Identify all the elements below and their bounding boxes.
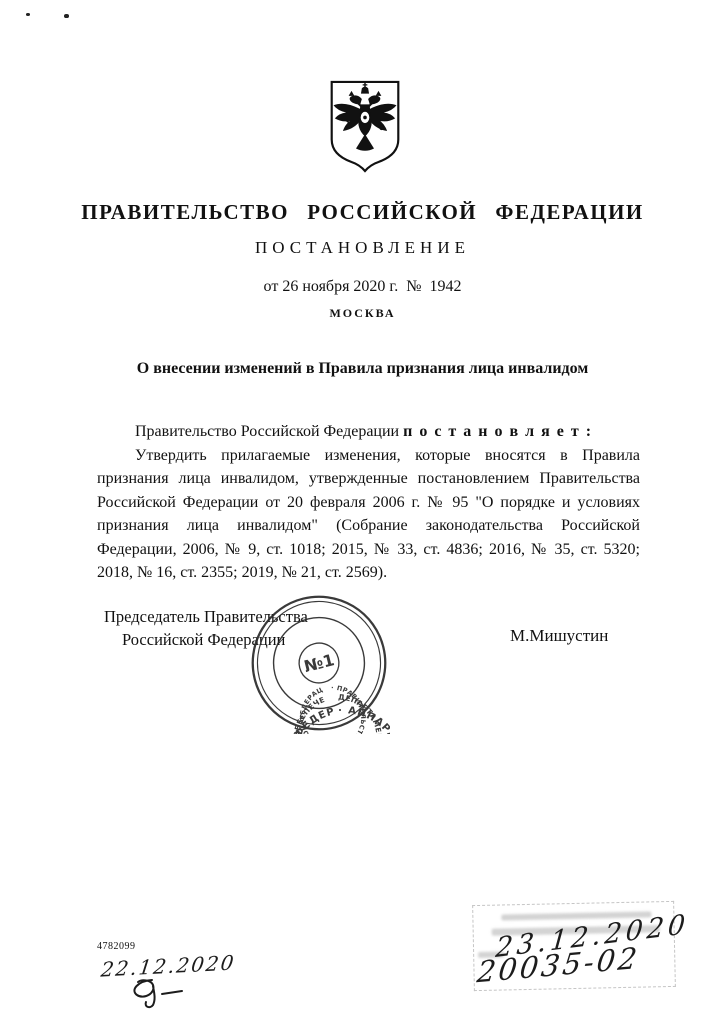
enacting-clause-text: Правительство Российской Федерации <box>135 423 403 440</box>
document-body: Правительство Российской Федерации п о с… <box>97 420 640 585</box>
enacting-verb: п о с т а н о в л я е т : <box>403 423 592 440</box>
enacting-clause: Правительство Российской Федерации п о с… <box>97 420 640 444</box>
issuing-authority: ПРАВИТЕЛЬСТВО РОССИЙСКОЙ ФЕДЕРАЦИИ <box>0 200 725 225</box>
signatory-name: М.Мишустин <box>510 626 608 646</box>
date-number-line: от 26 ноября 2020 г. № 1942 <box>0 278 725 296</box>
document-page: ПРАВИТЕЛЬСТВО РОССИЙСКОЙ ФЕДЕРАЦИИ ПОСТА… <box>0 0 725 1024</box>
document-title: О внесении изменений в Правила признания… <box>90 360 635 378</box>
russia-coat-of-arms-icon <box>320 76 410 176</box>
handwritten-signature-flourish <box>128 977 198 1011</box>
government-seal-stamp: · АППАРАТ ПРАВИТЕЛЬСТВА РОССИЙСКОЙ ФЕДЕР… <box>248 592 390 734</box>
stamp-center-number: №1 <box>302 650 336 676</box>
print-control-number: 4782099 <box>97 941 136 952</box>
city-label: МОСКВА <box>0 306 725 321</box>
main-paragraph: Утвердить прилагаемые изменения, которые… <box>97 444 640 585</box>
document-type: ПОСТАНОВЛЕНИЕ <box>0 238 725 258</box>
scan-speck <box>26 13 30 16</box>
scan-speck <box>64 14 69 18</box>
